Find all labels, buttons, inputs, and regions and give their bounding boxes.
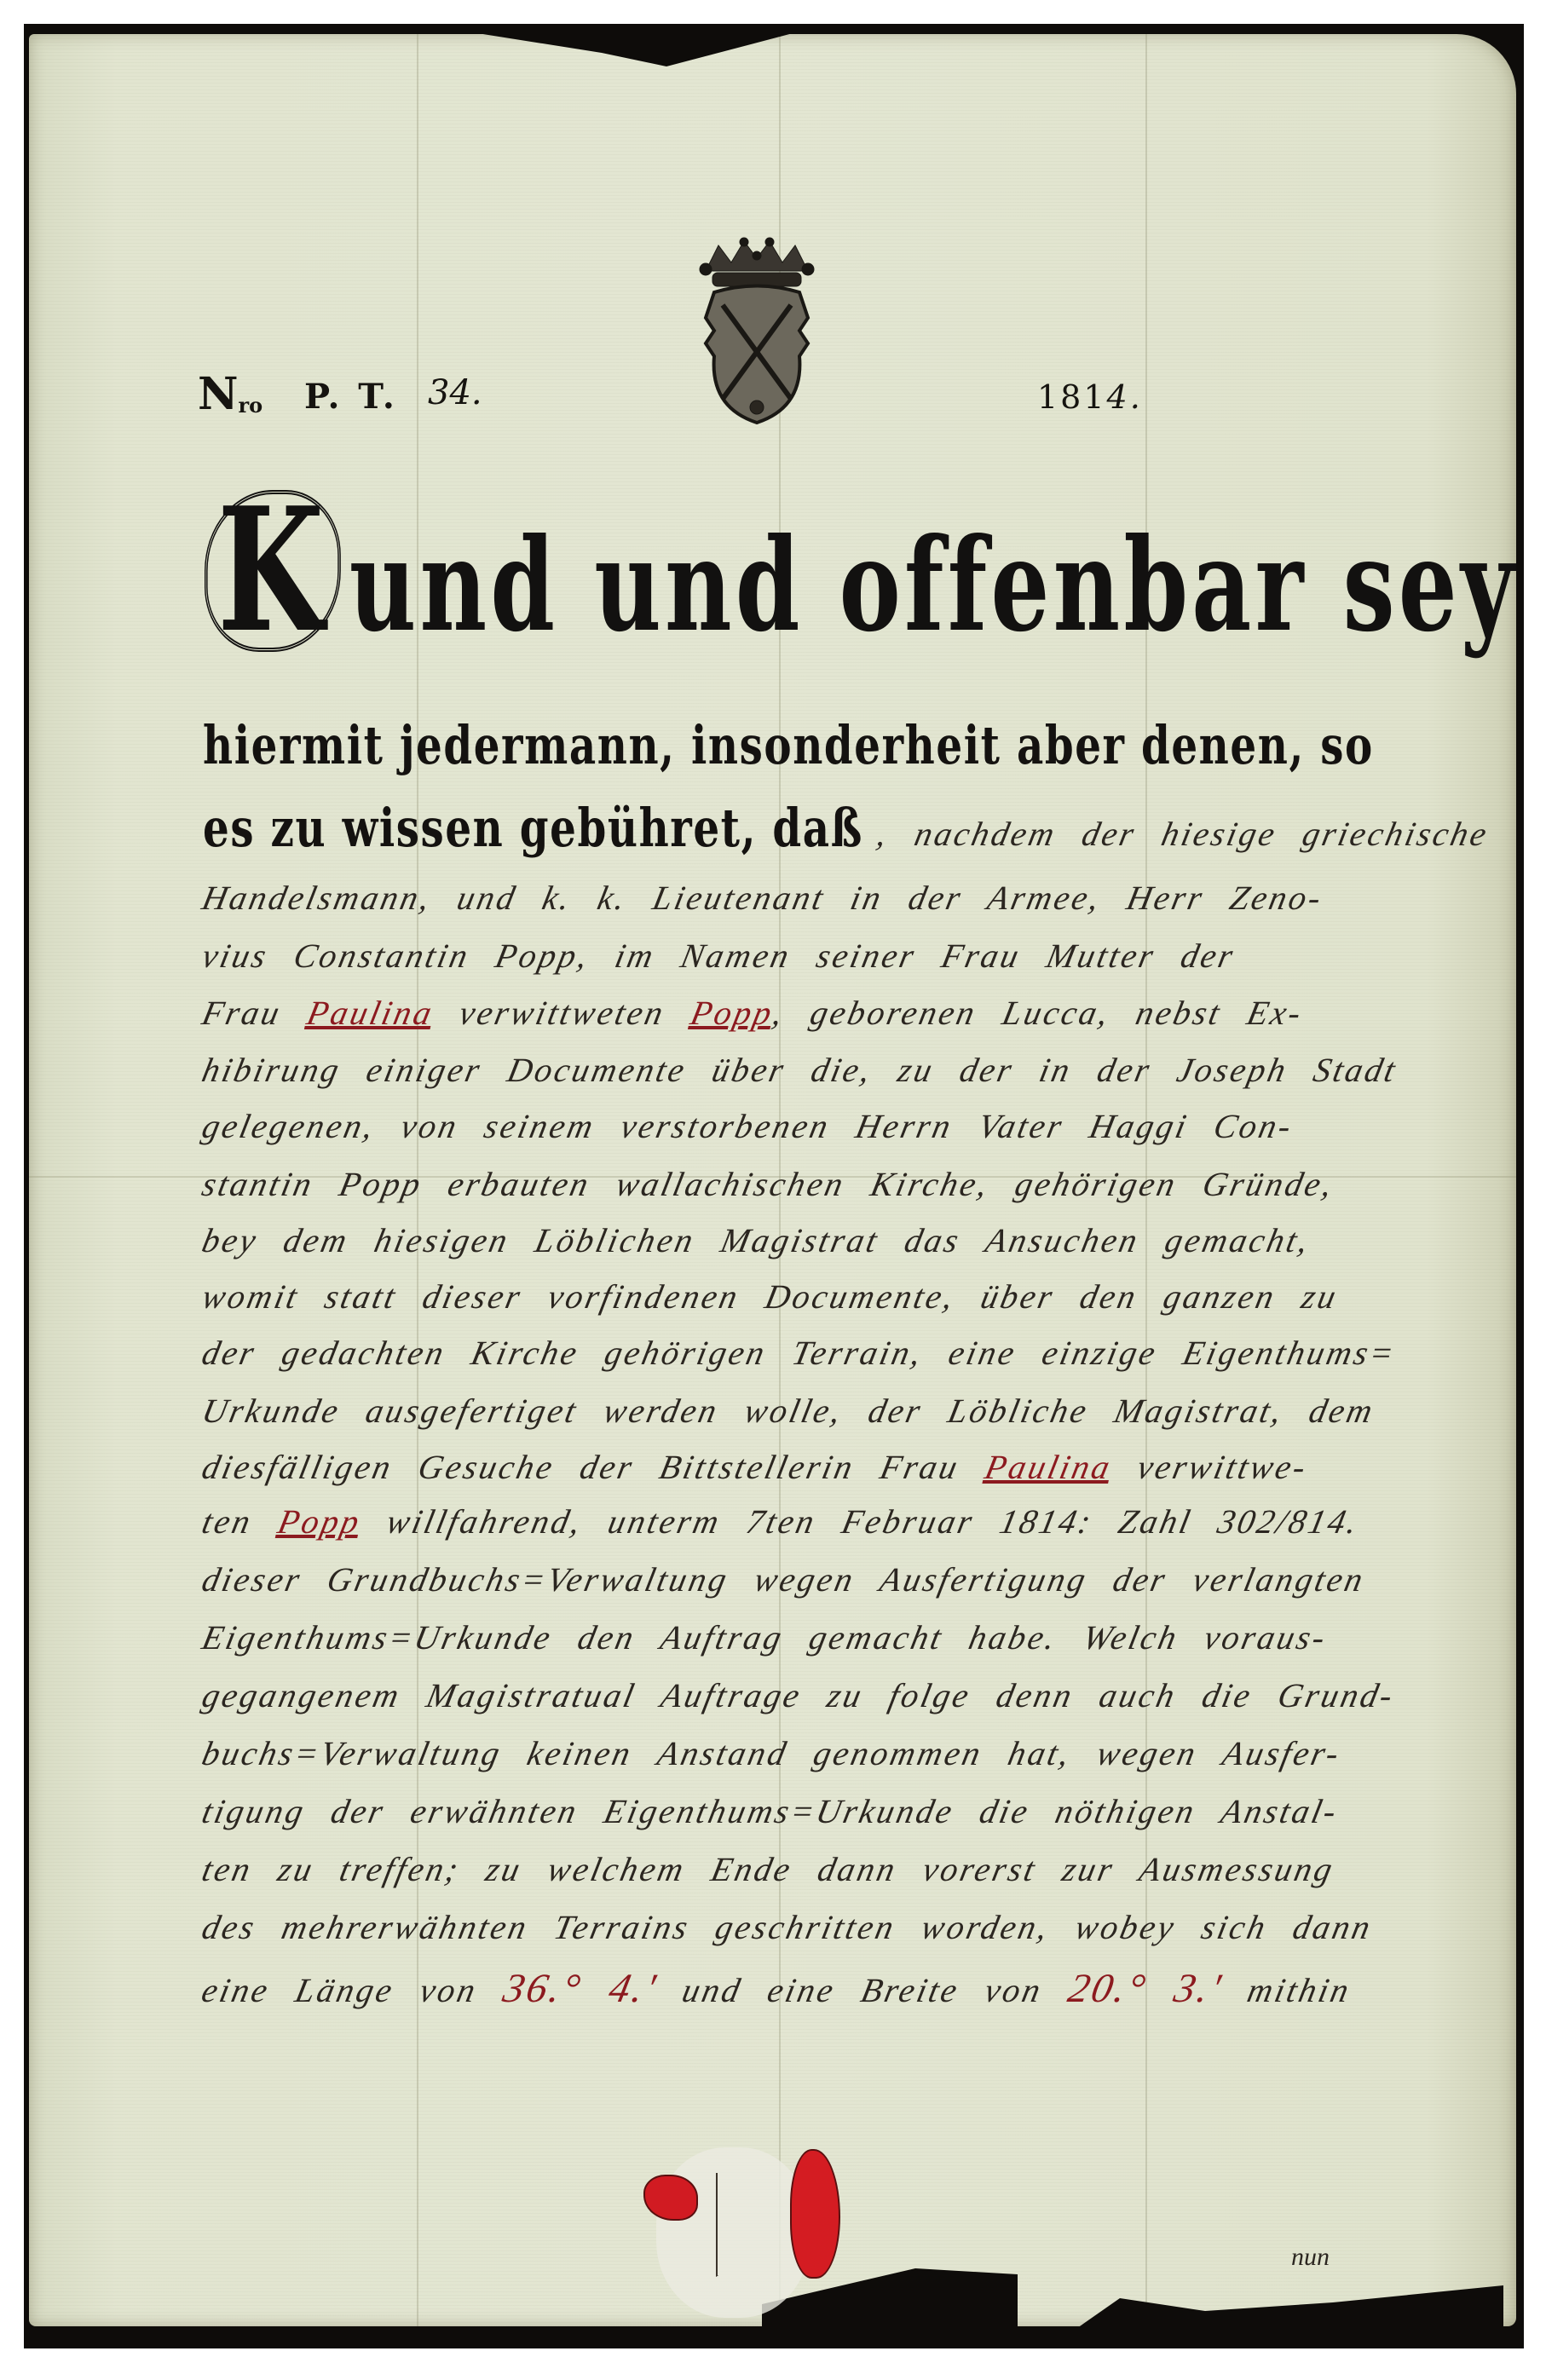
printed-line-2: es zu wissen gebühret, daß xyxy=(203,797,863,859)
red-wax-right xyxy=(790,2149,840,2279)
handwritten-line: gelegenen, von seinem verstorbenen Herrn… xyxy=(199,1106,1494,1146)
title-initial: K xyxy=(205,490,341,652)
title-text: und und offenbar sey xyxy=(349,510,1518,660)
highlighted-name: Paulina xyxy=(982,1448,1116,1486)
torn-edge-bottom xyxy=(1077,2285,1503,2328)
handwritten-line: Eigenthums=Urkunde den Auftrag gemacht h… xyxy=(199,1617,1494,1657)
handwritten-line: Urkunde ausgefertiget werden wolle, der … xyxy=(199,1391,1494,1431)
handwritten-line: dieser Grundbuchs=Verwaltung wegen Ausfe… xyxy=(199,1559,1494,1599)
handwritten-text: buchs=Verwaltung keinen Anstand genommen… xyxy=(199,1734,1345,1772)
handwritten-text: ten zu treffen; zu welchem Ende dann vor… xyxy=(199,1850,1338,1888)
handwritten-text: Frau xyxy=(199,994,312,1032)
number-label: Nro xyxy=(198,368,262,420)
handwritten-text: Urkunde ausgefertiget werden wolle, der … xyxy=(199,1392,1378,1430)
year: 1814. xyxy=(1037,378,1143,416)
handwritten-text: dieser Grundbuchs=Verwaltung wegen Ausfe… xyxy=(199,1560,1369,1599)
handwritten-text: Eigenthums=Urkunde den Auftrag gemacht h… xyxy=(199,1618,1330,1657)
torn-edge-top xyxy=(472,32,796,66)
red-wax-left xyxy=(643,2175,698,2221)
handwritten-text: gegangenem Magistratual Auftrage zu folg… xyxy=(199,1676,1399,1714)
highlighted-name: Paulina xyxy=(303,994,437,1032)
handwritten-text: mithin xyxy=(1218,1971,1355,2009)
handwritten-line: gegangenem Magistratual Auftrage zu folg… xyxy=(199,1675,1494,1715)
document-title: Kund und offenbar sey xyxy=(205,490,1002,677)
handwritten-text: und eine Breite von xyxy=(653,1971,1073,2009)
handwritten-text: verwittweten xyxy=(430,994,695,1032)
handwritten-text: verwittwe- xyxy=(1107,1448,1311,1486)
handwritten-line: eine Länge von 36.° 4.' und eine Breite … xyxy=(198,1965,1495,2012)
handwritten-line: bey dem hiesigen Löblichen Magistrat das… xyxy=(199,1220,1494,1260)
handwritten-line: buchs=Verwaltung keinen Anstand genommen… xyxy=(199,1733,1494,1773)
broken-wax-seal xyxy=(631,2130,869,2326)
handwritten-text: Handelsmann, und k. k. Lieutenant in der… xyxy=(199,879,1327,917)
handwritten-text: , nachdem der hiesige griechische xyxy=(874,815,1492,853)
handwritten-text: bey dem hiesigen Löblichen Magistrat das… xyxy=(199,1221,1314,1259)
handwritten-line: ten Popp willfahrend, unterm 7ten Februa… xyxy=(199,1501,1494,1542)
handwritten-text: , geborenen Lucca, nebst Ex- xyxy=(770,994,1307,1032)
coat-of-arms-icon xyxy=(689,237,825,426)
handwritten-line: Frau Paulina verwittweten Popp, geborene… xyxy=(199,993,1494,1033)
form-number: 34. xyxy=(428,373,482,412)
handwritten-text: der gedachten Kirche gehörigen Terrain, … xyxy=(199,1334,1399,1372)
handwritten-line: der gedachten Kirche gehörigen Terrain, … xyxy=(199,1333,1494,1373)
highlighted-name: Popp xyxy=(687,994,777,1032)
handwritten-line: tigung der erwähnten Eigenthums=Urkunde … xyxy=(199,1791,1494,1831)
handwritten-text: eine Länge von xyxy=(199,1971,508,2009)
handwritten-text: hibirung einiger Documente über die, zu … xyxy=(199,1051,1401,1089)
handwritten-line: Handelsmann, und k. k. Lieutenant in der… xyxy=(199,878,1494,918)
highlighted-name: 20.° 3.' xyxy=(1064,1966,1227,2011)
handwritten-text: vius Constantin Popp, im Namen seiner Fr… xyxy=(199,936,1238,975)
handwritten-text: tigung der erwähnten Eigenthums=Urkunde … xyxy=(199,1792,1341,1830)
handwritten-line: ten zu treffen; zu welchem Ende dann vor… xyxy=(199,1849,1494,1889)
handwritten-line: womit statt dieser vorfindenen Documente… xyxy=(199,1276,1494,1317)
handwritten-text: willfahrend, unterm 7ten Februar 1814: Z… xyxy=(357,1502,1364,1541)
handwritten-line: vius Constantin Popp, im Namen seiner Fr… xyxy=(199,936,1494,976)
handwritten-text: ten xyxy=(199,1502,282,1541)
handwritten-text: gelegenen, von seinem verstorbenen Herrn… xyxy=(199,1107,1297,1145)
highlighted-name: 36.° 4.' xyxy=(499,1966,662,2011)
catchword: nun xyxy=(1291,2243,1330,2272)
highlighted-name: Popp xyxy=(274,1502,365,1541)
handwritten-line: , nachdem der hiesige griechische xyxy=(874,814,1504,854)
handwritten-text: diesfälligen Gesuche der Bittstellerin F… xyxy=(199,1448,989,1486)
handwritten-line: stantin Popp erbauten wallachischen Kirc… xyxy=(199,1164,1494,1204)
handwritten-text: stantin Popp erbauten wallachischen Kirc… xyxy=(199,1165,1338,1203)
handwritten-line: hibirung einiger Documente über die, zu … xyxy=(199,1050,1494,1090)
handwritten-line: diesfälligen Gesuche der Bittstellerin F… xyxy=(199,1447,1494,1487)
handwritten-text: des mehrerwähnten Terrains geschritten w… xyxy=(199,1908,1376,1946)
handwritten-text: womit statt dieser vorfindenen Documente… xyxy=(199,1277,1341,1316)
printed-line-1: hiermit jedermann, insonderheit aber den… xyxy=(203,714,1374,776)
handwritten-line: des mehrerwähnten Terrains geschritten w… xyxy=(199,1907,1494,1947)
form-code: P. T. xyxy=(304,377,398,417)
